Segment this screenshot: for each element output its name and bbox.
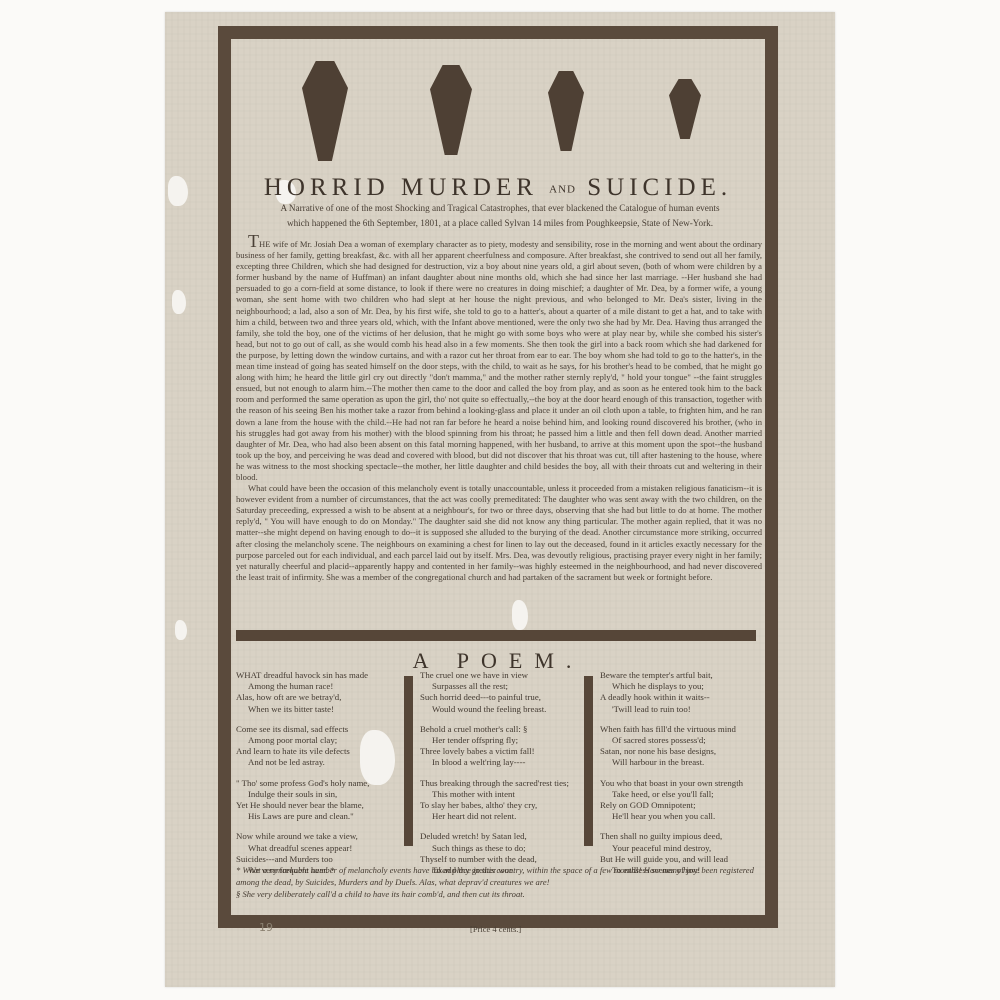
poem-line: Satan, nor none his base designs, <box>600 746 765 757</box>
poem-line: A deadly hook within it waits-- <box>600 692 765 703</box>
poem-column-3: Beware the tempter's artful bait,Which h… <box>600 670 765 885</box>
paper-tear <box>172 290 186 314</box>
poem-line: Alas, how oft are we betray'd, <box>236 692 401 703</box>
poem-line: Yet He should never bear the blame, <box>236 800 401 811</box>
headline: HORRID MURDER AND SUICIDE. <box>232 174 764 202</box>
poem-line: Rely on GOD Omnipotent; <box>600 800 765 811</box>
section-divider <box>236 630 756 641</box>
paper-tear <box>175 620 187 640</box>
poem-line: WHAT dreadful havock sin has made <box>236 670 401 681</box>
coffin-icon <box>302 61 348 161</box>
poem-line: Will harbour in the breast. <box>600 757 765 768</box>
headline-part1: HORRID MURDER <box>264 174 538 201</box>
poem-line: Indulge their souls in sin, <box>236 789 401 800</box>
poem-line: Her tender offspring fly; <box>420 735 585 746</box>
poem-line: When faith has fill'd the virtuous mind <box>600 724 765 735</box>
broadside-content: HORRID MURDER AND SUICIDE. A Narrative o… <box>232 40 764 914</box>
footnotes: * What a remarkable number of melancholy… <box>236 864 762 900</box>
column-rule <box>584 676 593 846</box>
poem-line: What dreadful scenes appear! <box>236 843 401 854</box>
poem-line: Such horrid deed---to painful true, <box>420 692 585 703</box>
footnote: § She very deliberately call'd a child t… <box>236 888 762 900</box>
paper-tear <box>168 176 188 206</box>
poem-stanza: Behold a cruel mother's call: §Her tende… <box>420 724 585 769</box>
poem-line: Deluded wretch! by Satan led, <box>420 831 585 842</box>
column-rule <box>404 676 413 846</box>
poem-line: Take heed, or else you'll fall; <box>600 789 765 800</box>
subtitle: A Narrative of one of the most Shocking … <box>236 201 764 231</box>
headline-part2: SUICIDE. <box>587 174 732 201</box>
poem-stanza: WHAT dreadful havock sin has madeAmong t… <box>236 670 401 715</box>
poem-line: In blood a welt'ring lay---- <box>420 757 585 768</box>
poem-line: 'Twill lead to ruin too! <box>600 704 765 715</box>
poem-line: Come see its dismal, sad effects <box>236 724 401 735</box>
poem-line: This mother with intent <box>420 789 585 800</box>
poem-line: To slay her babes, altho' they cry, <box>420 800 585 811</box>
headline-and: AND <box>549 183 576 195</box>
narrative-paragraph: THE wife of Mr. Josiah Dea a woman of ex… <box>236 236 762 483</box>
poem-stanza: Beware the tempter's artful bait,Which h… <box>600 670 765 715</box>
poem-line: Would wound the feeling breast. <box>420 704 585 715</box>
poem-line: He'll hear you when you call. <box>600 811 765 822</box>
poem-line: And not be led astray. <box>236 757 401 768</box>
poem-stanza: Thus breaking through the sacred'rest ti… <box>420 778 585 823</box>
poem-line: You who that boast in your own strength <box>600 778 765 789</box>
poem-line: Beware the tempter's artful bait, <box>600 670 765 681</box>
poem-line: Now while around we take a view, <box>236 831 401 842</box>
poem-line: And learn to hate its vile defects <box>236 746 401 757</box>
poem-line: The cruel one we have in view <box>420 670 585 681</box>
poem-line: Among poor mortal clay; <box>236 735 401 746</box>
poem-line: Of sacred stores possess'd; <box>600 735 765 746</box>
price-line: [Price 4 cents.] <box>470 924 521 934</box>
poem-stanza: Come see its dismal, sad effectsAmong po… <box>236 724 401 769</box>
poem-stanza: " Tho' some profess God's holy name,Indu… <box>236 778 401 823</box>
poem-column-2: The cruel one we have in viewSurpasses a… <box>420 670 585 885</box>
narrative-paragraph: What could have been the occasion of thi… <box>236 483 762 583</box>
coffin-icon <box>548 71 584 151</box>
poem-line: Behold a cruel mother's call: § <box>420 724 585 735</box>
poem-line: Then shall no guilty impious deed, <box>600 831 765 842</box>
poem-line: Three lovely babes a victim fall! <box>420 746 585 757</box>
poem-line: Her heart did not relent. <box>420 811 585 822</box>
poem-line: Surpasses all the rest; <box>420 681 585 692</box>
poem-stanza: You who that boast in your own strengthT… <box>600 778 765 823</box>
poem-line: Thus breaking through the sacred'rest ti… <box>420 778 585 789</box>
poem-line: " Tho' some profess God's holy name, <box>236 778 401 789</box>
poem-line: His Laws are pure and clean." <box>236 811 401 822</box>
coffin-icon <box>669 79 701 139</box>
subtitle-line: which happened the 6th September, 1801, … <box>236 216 764 231</box>
poem-line: Your peaceful mind destroy, <box>600 843 765 854</box>
pencil-annotation: 19 <box>259 921 273 934</box>
footnote: * What a remarkable number of melancholy… <box>236 864 762 888</box>
poem-line: Such things as these to do; <box>420 843 585 854</box>
poem-stanza: When faith has fill'd the virtuous mindO… <box>600 724 765 769</box>
poem-line: When we its bitter taste! <box>236 704 401 715</box>
poem-column-1: WHAT dreadful havock sin has madeAmong t… <box>236 670 401 885</box>
poem-line: Which he displays to you; <box>600 681 765 692</box>
subtitle-line: A Narrative of one of the most Shocking … <box>236 201 764 216</box>
poem-line: Among the human race! <box>236 681 401 692</box>
coffin-icon <box>430 65 472 155</box>
poem-stanza: The cruel one we have in viewSurpasses a… <box>420 670 585 715</box>
narrative-text: THE wife of Mr. Josiah Dea a woman of ex… <box>236 236 762 583</box>
